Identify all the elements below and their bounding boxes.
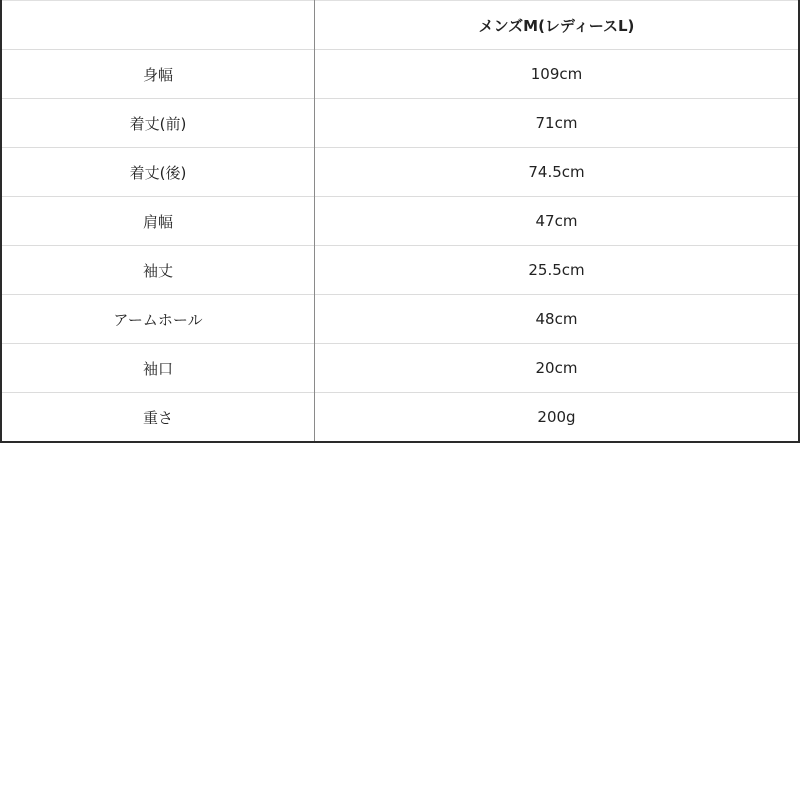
table-header-row: メンズM(レディースL) [1,1,799,50]
row-value: 25.5cm [315,246,800,295]
row-value: 200g [315,393,800,443]
row-value: 47cm [315,197,800,246]
header-cell-size: メンズM(レディースL) [315,1,800,50]
row-value: 71cm [315,99,800,148]
row-value: 48cm [315,295,800,344]
row-value: 20cm [315,344,800,393]
row-label: 身幅 [1,50,315,99]
row-label: 肩幅 [1,197,315,246]
table-row: 着丈(後) 74.5cm [1,148,799,197]
table-row: 肩幅 47cm [1,197,799,246]
table-row: 袖丈 25.5cm [1,246,799,295]
row-label: 着丈(前) [1,99,315,148]
size-table: メンズM(レディースL) 身幅 109cm 着丈(前) 71cm 着丈(後) 7… [0,0,800,443]
row-label: アームホール [1,295,315,344]
header-cell-empty [1,1,315,50]
table-row: 身幅 109cm [1,50,799,99]
table-row: 袖口 20cm [1,344,799,393]
table-row: 重さ 200g [1,393,799,443]
row-label: 着丈(後) [1,148,315,197]
row-value: 109cm [315,50,800,99]
table-row: アームホール 48cm [1,295,799,344]
row-label: 袖丈 [1,246,315,295]
row-label: 重さ [1,393,315,443]
row-label: 袖口 [1,344,315,393]
row-value: 74.5cm [315,148,800,197]
table-row: 着丈(前) 71cm [1,99,799,148]
